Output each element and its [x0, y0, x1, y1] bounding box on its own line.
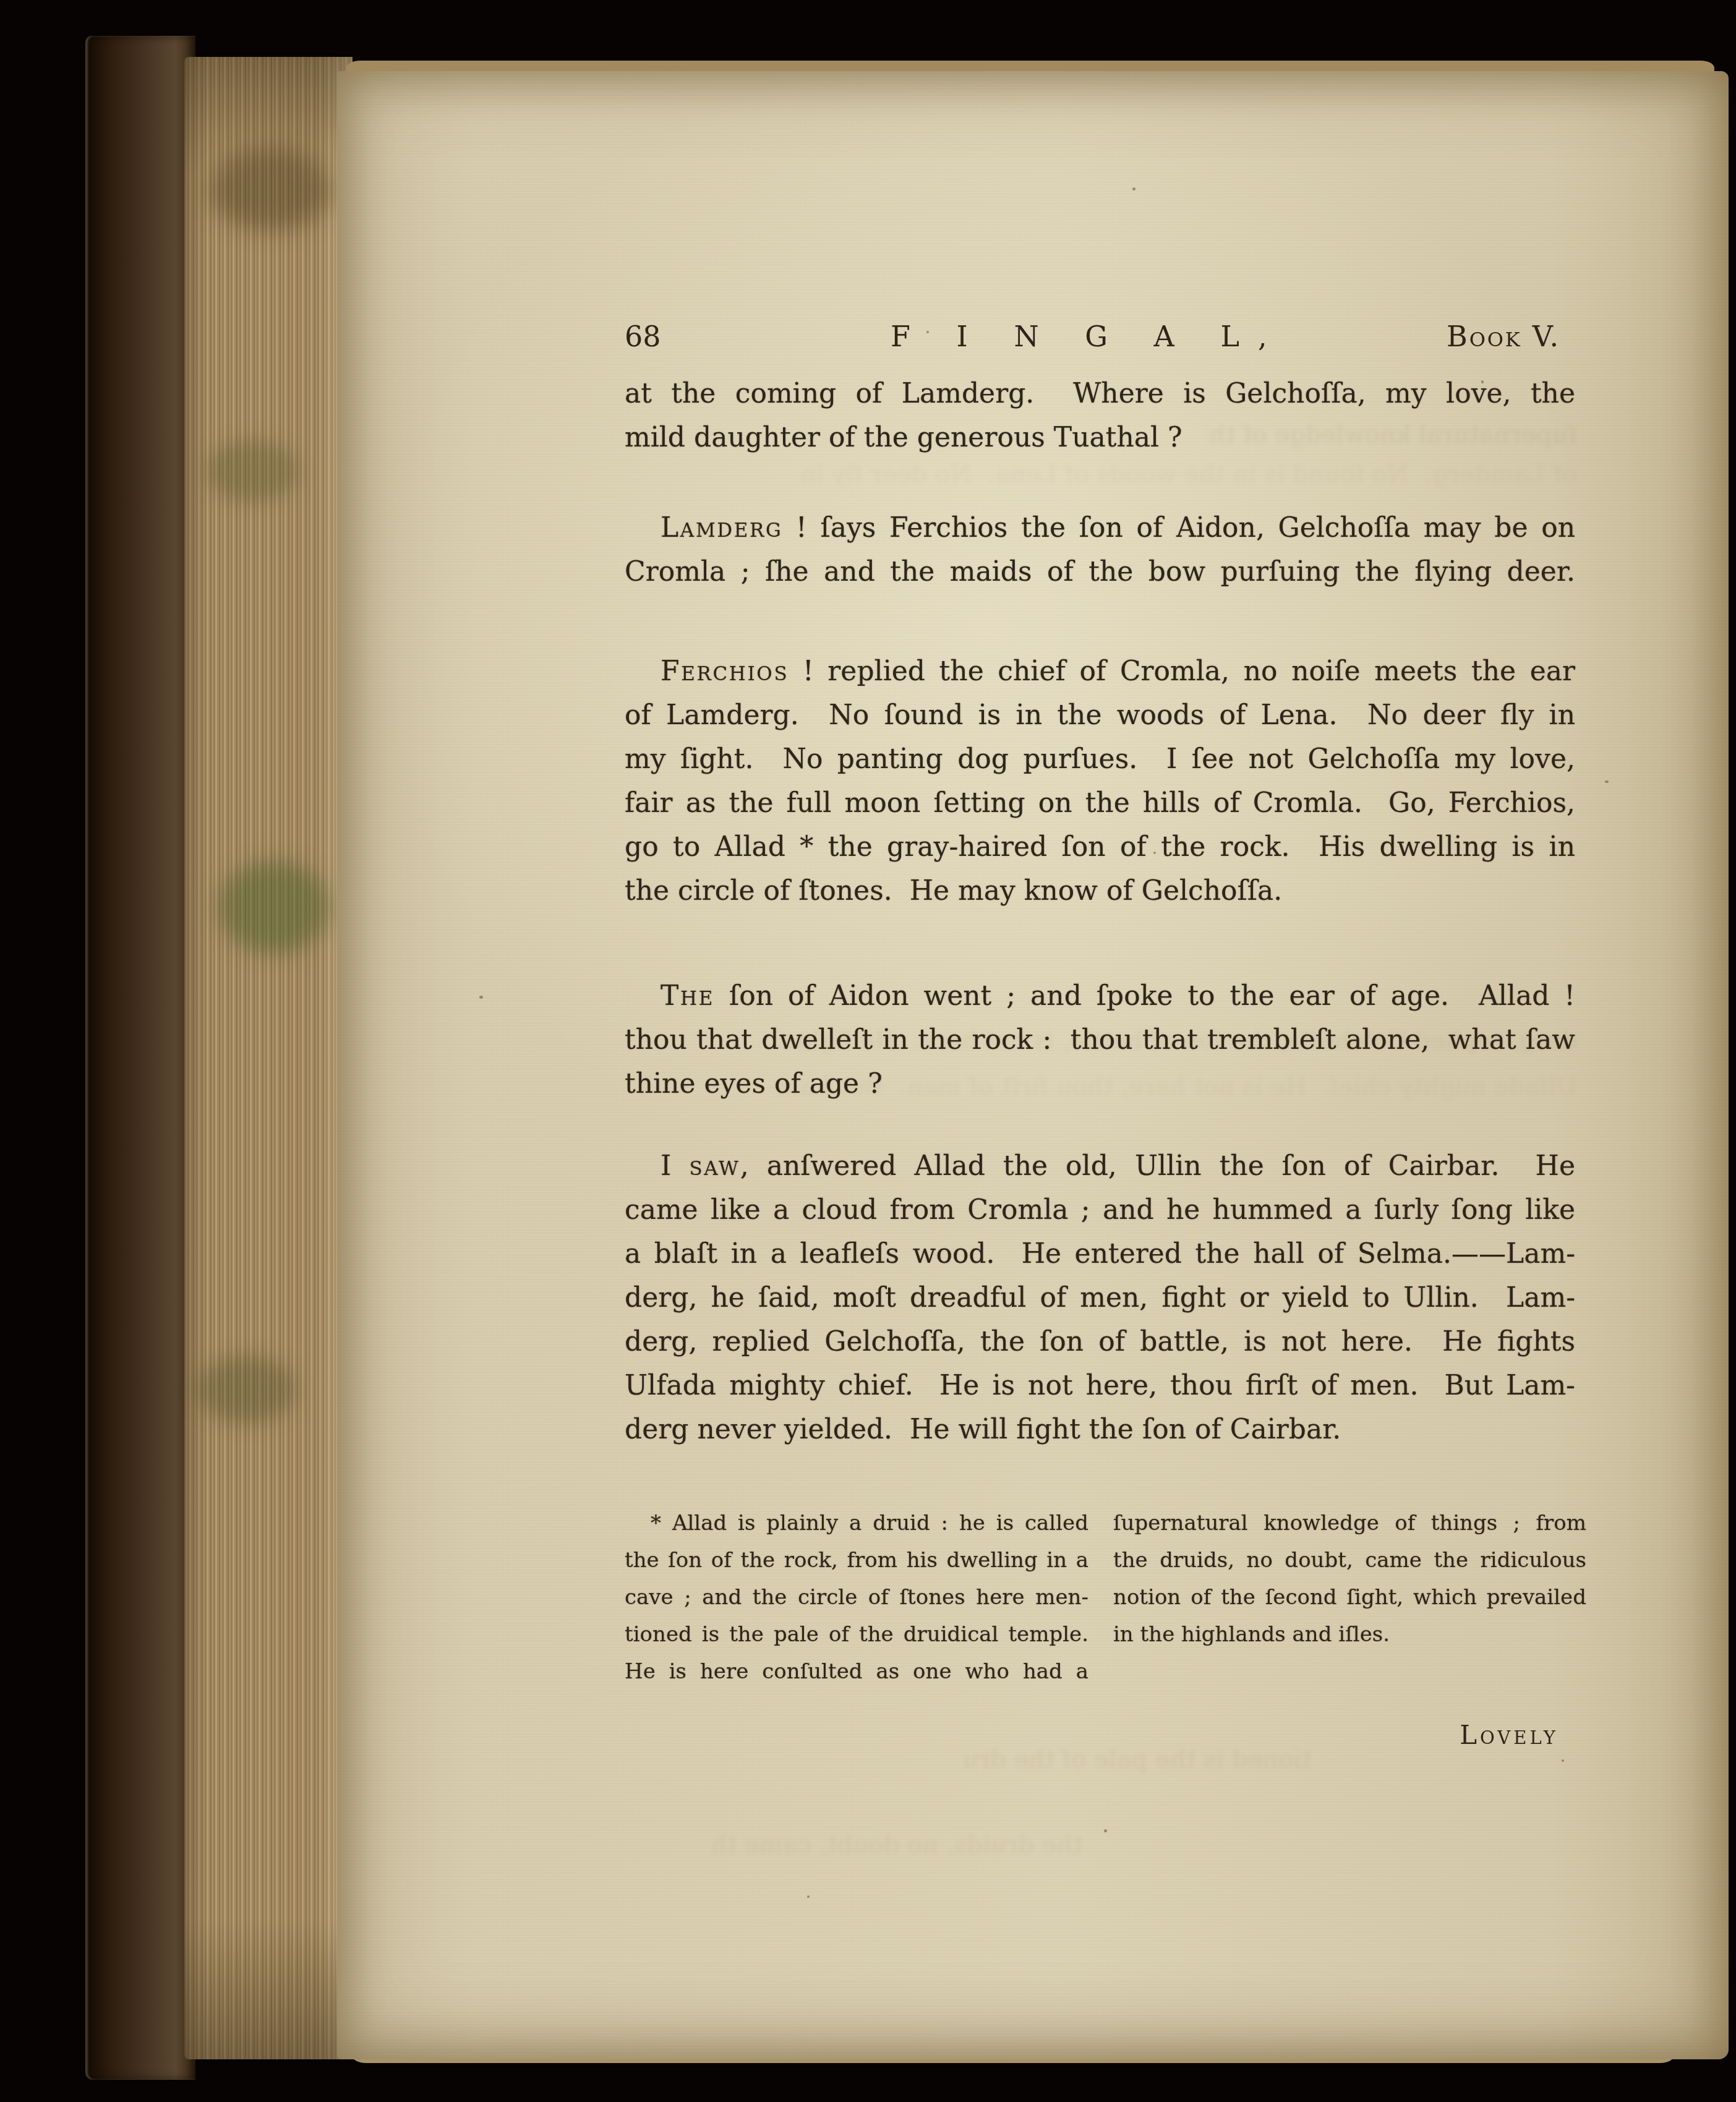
edge-stain	[197, 1356, 296, 1424]
footnote-line: the druids, no doubt, came the ridiculou…	[1113, 1542, 1586, 1579]
text-segment: thou that dwelleſt in the rock : thou th…	[625, 1024, 1575, 1056]
text-line: the circle of ſtones. He may know of Gel…	[625, 869, 1575, 913]
text-line: Ulfada mighty chief. He is not here, tho…	[625, 1364, 1575, 1408]
text-segment: fair as the full moon ſetting on the hil…	[625, 787, 1575, 819]
footnote-column-left: * Allad is plainly a druid : he is calle…	[625, 1505, 1088, 1690]
page-number: 68	[625, 317, 661, 356]
footnote-line: notion of the ſecond ſight, which prevai…	[1113, 1579, 1586, 1616]
text-line: derg never yielded. He will fight the ſo…	[625, 1408, 1575, 1451]
text-segment: Ulfada mighty chief. He is not here, tho…	[625, 1370, 1575, 1401]
text-segment: thine eyes of age ?	[625, 1068, 883, 1100]
paper-speck	[807, 1895, 810, 1898]
text-segment: Cromla ; ſhe and the maids of the bow pu…	[625, 556, 1575, 587]
paper-speck	[479, 996, 483, 999]
paragraph: The ſon of Aidon went ; and ſpoke to the…	[625, 974, 1575, 1106]
small-caps-word: The	[661, 980, 714, 1012]
text-segment: at the coming of Lamderg. Where is Gelch…	[625, 378, 1575, 409]
catchword: Lovely	[625, 1717, 1559, 1754]
paper-speck	[926, 331, 929, 333]
text-line: derg, he ſaid, moſt dreadful of men, fig…	[625, 1276, 1575, 1320]
edge-stain	[218, 861, 330, 954]
text-segment: derg, replied Gelchoſſa, the ſon of batt…	[625, 1326, 1575, 1357]
paper-speck	[1132, 187, 1135, 190]
footnote-line: the ſon of the rock, from his dwelling i…	[625, 1542, 1088, 1579]
footnote-line: in the highlands and iſles.	[1113, 1616, 1586, 1653]
footnote-line: tioned is the pale of the druidical temp…	[625, 1616, 1088, 1653]
footnote-column-right: ſupernatural knowledge of things ; fromt…	[1113, 1505, 1586, 1653]
text-line: a blaſt in a leafleſs wood. He entered t…	[625, 1232, 1575, 1276]
text-line: Cromla ; ſhe and the maids of the bow pu…	[625, 550, 1575, 594]
paper-speck	[1153, 852, 1156, 854]
small-caps-word: saw	[689, 1150, 740, 1182]
text-line: Ferchios ! replied the chief of Cromla, …	[625, 649, 1575, 693]
text-line: Lamderg ! ſays Ferchios the ſon of Aidon…	[625, 506, 1575, 550]
text-line: go to Allad * the gray-haired ſon of the…	[625, 825, 1575, 869]
show-through-text: the druids, no doubt, came the ridiculou…	[711, 1826, 1082, 1863]
paragraph: I saw, anſwered Allad the old, Ullin the…	[625, 1144, 1575, 1451]
text-line: thou that dwelleſt in the rock : thou th…	[625, 1018, 1575, 1062]
text-segment: derg never yielded. He will fight the ſo…	[625, 1414, 1341, 1445]
text-line: at the coming of Lamderg. Where is Gelch…	[625, 372, 1575, 416]
footnote-line: * Allad is plainly a druid : he is calle…	[625, 1505, 1088, 1542]
paper-speck	[1562, 1759, 1564, 1762]
paper-speck	[1481, 380, 1484, 383]
running-title: F I N G A L,	[891, 317, 1286, 356]
text-segment: a blaſt in a leafleſs wood. He entered t…	[625, 1238, 1575, 1270]
show-through-text: of Lamderg. No ſound is in the woods of …	[625, 456, 1577, 493]
small-caps-word: Ferchios	[661, 656, 789, 687]
small-caps-word: Lamderg	[661, 512, 782, 544]
text-line: of Lamderg. No ſound is in the woods of …	[625, 693, 1575, 737]
footnote-line: ſupernatural knowledge of things ; from	[1113, 1505, 1586, 1542]
text-segment: ! ſays Ferchios the ſon of Aidon, Gelcho…	[782, 512, 1575, 544]
footnote-line: cave ; and the circle of ſtones here men…	[625, 1579, 1088, 1616]
text-line: thine eyes of age ?	[625, 1062, 1575, 1106]
text-segment: the circle of ſtones. He may know of Gel…	[625, 875, 1282, 907]
paragraph: at the coming of Lamderg. Where is Gelch…	[625, 372, 1575, 459]
paragraph: Lamderg ! ſays Ferchios the ſon of Aidon…	[625, 506, 1575, 594]
text-line: The ſon of Aidon went ; and ſpoke to the…	[625, 974, 1575, 1018]
text-segment: came like a cloud from Cromla ; and he h…	[625, 1194, 1575, 1226]
text-segment: of Lamderg. No ſound is in the woods of …	[625, 699, 1575, 731]
text-line: came like a cloud from Cromla ; and he h…	[625, 1188, 1575, 1232]
edge-stain	[209, 150, 333, 230]
text-segment: mild daughter of the generous Tuathal ?	[625, 422, 1182, 453]
text-segment: my ſight. No panting dog purſues. I ſee …	[625, 743, 1575, 775]
text-segment: , anſwered Allad the old, Ullin the ſon …	[740, 1150, 1575, 1182]
text-line: my ſight. No panting dog purſues. I ſee …	[625, 737, 1575, 781]
text-segment: derg, he ſaid, moſt dreadful of men, fig…	[625, 1282, 1575, 1314]
text-segment: go to Allad * the gray-haired ſon of the…	[625, 831, 1575, 863]
edge-stain	[206, 440, 299, 502]
text-segment: I	[661, 1150, 689, 1182]
paper-speck	[1104, 1829, 1107, 1832]
text-segment: ſon of Aidon went ; and ſpoke to the ear…	[714, 980, 1575, 1012]
book-cover-edge	[85, 36, 195, 2080]
text-line: I saw, anſwered Allad the old, Ullin the…	[625, 1144, 1575, 1188]
book-page-edges	[184, 57, 353, 2059]
text-line: mild daughter of the generous Tuathal ?	[625, 416, 1575, 459]
paper-speck	[1605, 780, 1609, 783]
book-number: Book V.	[1447, 317, 1560, 356]
paragraph: Ferchios ! replied the chief of Cromla, …	[625, 649, 1575, 913]
scan-background: ſupernatural knowledge of things ; fromo…	[0, 0, 1736, 2102]
book-page: ſupernatural knowledge of things ; fromo…	[337, 71, 1729, 2059]
text-segment: ! replied the chief of Cromla, no noiſe …	[789, 656, 1575, 687]
text-line: fair as the full moon ſetting on the hil…	[625, 781, 1575, 825]
footnote-line: He is here conſulted as one who had a	[625, 1653, 1088, 1690]
text-line: derg, replied Gelchoſſa, the ſon of batt…	[625, 1320, 1575, 1364]
page-header: 68 F I N G A L, Book V.	[625, 317, 1575, 356]
paper-speck	[745, 1339, 748, 1342]
